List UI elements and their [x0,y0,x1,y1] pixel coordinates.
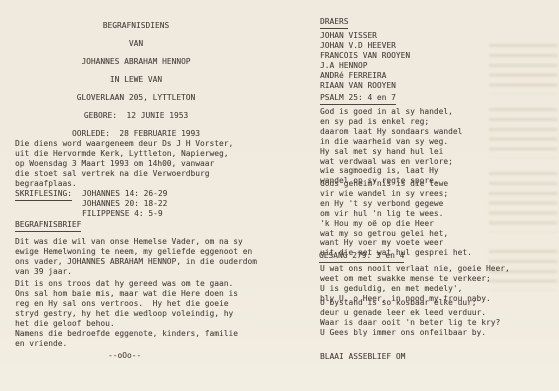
hymn-heading: GESANG 279: 3 en 4 [319,251,404,263]
turn-page-note: BLAAI ASSEBLIEF OM [320,352,405,362]
bleed-through-line-block [489,44,557,94]
psalm-stanza-1: God is goed in al sy handel, en sy pad i… [320,107,462,186]
psalm-stanza-2: Gods geheim'nis is die lewe vir wie wand… [320,179,472,258]
bleed-through-line-block [489,108,557,158]
hymn-stanza-2: U bystand is so kosbaar elke uur; deur u… [320,298,500,338]
scripture-reading-label: SKRIFLESING: [15,189,72,201]
funeral-letter-closing: Namens die bedroefde eggenote, kinders, … [15,329,238,349]
pallbearers-list: JOHAN VISSER JOHAN V.D HEEVER FRANCOIS V… [320,31,410,90]
funeral-letter-paragraph-1: Dit was die wil van onse Hemelse Vader, … [15,237,257,277]
scripture-reading-references: JOHANNES 14: 26-29 JOHANNES 20: 18-22 FI… [82,189,167,219]
program-title-block: BEGRAFNISDIENS VAN JOHANNES ABRAHAM HENN… [5,17,267,143]
service-intro-paragraph: Die diens word waargeneem deur Ds J H Vo… [15,139,233,189]
pallbearers-heading: DRAERS [320,17,348,29]
psalm-heading: PSALM 25: 4 en 7 [320,93,396,105]
funeral-letter-paragraph-2: Dit is ons troos dat hy gereed was om te… [15,279,238,329]
bleed-through-line-block [489,172,557,232]
scanned-funeral-program-page: BEGRAFNISDIENS VAN JOHANNES ABRAHAM HENN… [0,0,559,391]
funeral-letter-heading: BEGRAFNISBRIEF [15,220,81,232]
section-divider: --oOo-- [108,351,141,361]
